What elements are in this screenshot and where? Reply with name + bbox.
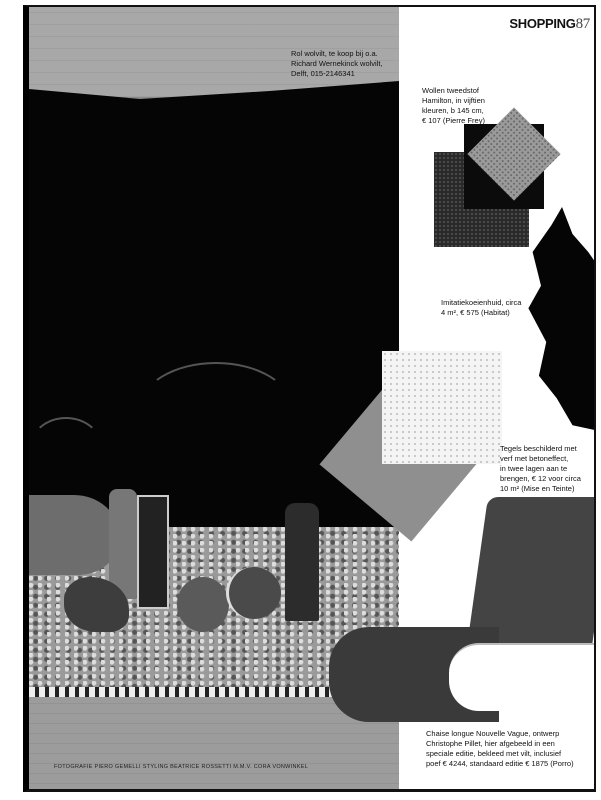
page-number: 87 (576, 16, 590, 32)
caption-line: 4 m², € 575 (Habitat) (441, 308, 521, 318)
photo-credits: FOTOGRAFIE PIERO GEMELLI STYLING BEATRIC… (54, 764, 308, 770)
caption-tweed: Wollen tweedstof Hamilton, in vijftien k… (422, 86, 485, 126)
felt-cushion (29, 495, 119, 575)
caption-tiles: Tegels beschilderd met verf met betoneff… (500, 444, 581, 494)
caption-line: Tegels beschilderd met (500, 444, 581, 454)
caption-line: verf met betoneffect, (500, 454, 581, 464)
section-title: SHOPPING (509, 16, 575, 31)
caption-line: Christophe Pillet, hier afgebeeld in een (426, 739, 574, 749)
caption-line: in twee lagen aan te (500, 464, 581, 474)
caption-line: Delft, 015-2146341 (291, 69, 383, 79)
striped-felt-ball (226, 567, 281, 619)
felt-bottle (285, 503, 319, 621)
caption-line: € 107 (Pierre Frey) (422, 116, 485, 126)
caption-line: speciale editie, bekleed met vilt, inclu… (426, 749, 574, 759)
caption-line: Richard Wernekinck wolvilt, (291, 59, 383, 69)
caption-line: Hamilton, in vijftien (422, 96, 485, 106)
magazine-page: SHOPPING87 Rol wolvilt, te koop bij o.a.… (23, 5, 596, 792)
caption-line: kleuren, b 145 cm, (422, 106, 485, 116)
caption-line: Rol wolvilt, te koop bij o.a. (291, 49, 383, 59)
caption-line: Imitatiekoeienhuid, circa (441, 298, 521, 308)
concrete-tile-white (382, 351, 502, 464)
caption-line: Wollen tweedstof (422, 86, 485, 96)
wire-decoration (139, 362, 293, 456)
patterned-jug (137, 495, 169, 609)
caption-felt-roll: Rol wolvilt, te koop bij o.a. Richard We… (291, 49, 383, 79)
caption-line: 10 m² (Mise en Teinte) (500, 484, 581, 494)
felt-ball (177, 577, 229, 632)
wire-decoration (29, 417, 103, 481)
chaise-curve (449, 643, 596, 711)
caption-line: Chaise longue Nouvelle Vague, ontwerp (426, 729, 574, 739)
caption-cowhide: Imitatiekoeienhuid, circa 4 m², € 575 (H… (441, 298, 521, 318)
section-header: SHOPPING87 (509, 16, 590, 33)
caption-line: poef € 4244, standaard editie € 1875 (Po… (426, 759, 574, 769)
caption-chaise: Chaise longue Nouvelle Vague, ontwerp Ch… (426, 729, 574, 769)
caption-line: brengen, € 12 voor circa (500, 474, 581, 484)
